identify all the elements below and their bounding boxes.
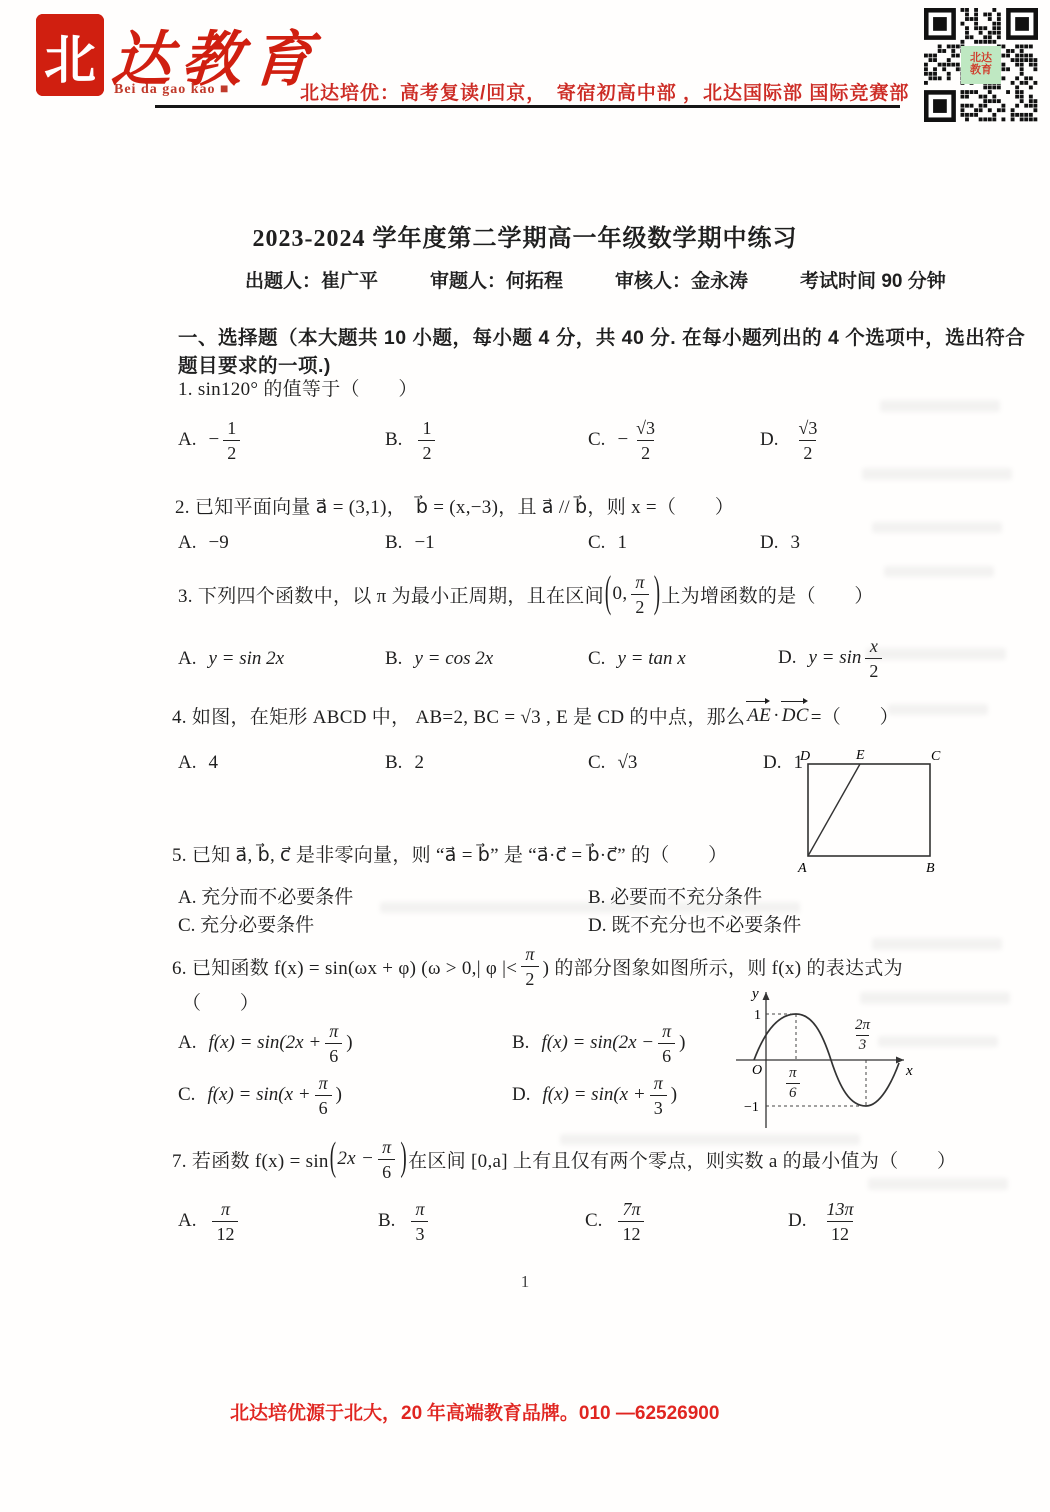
exam-page: 北 达教育 Bei da gao kao ■ 北达培优：高考复读/回京， 寄宿初… [0, 0, 1050, 1512]
page-title: 2023-2024 学年度第二学期高一年级数学期中练习 [0, 218, 1050, 253]
q6-tick1-den: 6 [786, 1083, 800, 1101]
q6-graph-ymin: −1 [744, 1100, 759, 1115]
q4-option-c-label: C. [588, 752, 605, 774]
q7-c-num: 7π [618, 1200, 644, 1221]
q7-close-paren: ) [400, 1136, 407, 1182]
q1-option-c: C. − √32 [588, 412, 663, 468]
q1-option-c-fraction: √32 [632, 419, 659, 462]
logo-subtitle-text: Bei da gao kao [114, 82, 216, 97]
q3-option-d-pre: y = sin [808, 647, 861, 669]
q7-d-den: 12 [827, 1221, 853, 1243]
exam-meta: 出题人：崔广平 审题人：何拓程 审核人：金永涛 考试时间 90 分钟 [245, 266, 946, 293]
q4-stem-pre: 4. 如图，在矩形 ABCD 中， AB=2, BC = √3 , E 是 CD… [172, 702, 745, 729]
meta-setter: 出题人：崔广平 [245, 266, 378, 293]
q4-vector-dc: DC [780, 705, 811, 727]
q6-stem-pre: 6. 已知函数 f(x) = sin(ωx + φ) (ω > 0,| φ |< [172, 953, 517, 980]
q2-option-c: C. 1 [588, 532, 627, 554]
q5-stem: 5. 已知 a⃗, b⃗, c⃗ 是非零向量，则 “a⃗ = b⃗” 是 “a⃗… [172, 840, 727, 867]
q7-b-den: 3 [411, 1221, 428, 1243]
q6-d-den: 3 [650, 1095, 667, 1117]
q7-option-a: A. π12 [178, 1192, 242, 1250]
q2-option-c-value: 1 [617, 532, 627, 554]
footer-text-2: 年高端教育品牌。 [422, 1403, 579, 1424]
bleed-smudge [868, 1178, 1008, 1190]
logo-seal-char: 北 [44, 18, 96, 93]
q5-option-d: D. 既不充分也不必要条件 [588, 910, 801, 937]
q7-inner: 2x − [337, 1148, 374, 1170]
bleed-smudge [872, 938, 1002, 950]
q7-b-num: π [411, 1200, 428, 1221]
q6-option-d-fraction: π3 [650, 1074, 667, 1117]
q3-option-c-value: y = tan x [617, 648, 685, 670]
q1-option-d: D. √32 [760, 412, 825, 468]
q4-option-a-label: A. [178, 752, 196, 774]
q7-frac-den: 6 [378, 1159, 395, 1181]
q1-option-b: B. 12 [385, 412, 439, 468]
q2-option-d-value: 3 [790, 532, 800, 554]
q7-fraction: π6 [378, 1138, 395, 1181]
q6-option-c-label: C. [178, 1084, 195, 1106]
q4-rectangle-figure: D E C A B [796, 748, 944, 876]
q3-option-d-label: D. [778, 647, 796, 669]
footer-slogan: 北达培优源于北大，20 年高端教育品牌。010 —62526900 [230, 1398, 719, 1425]
q6-c-den: 6 [315, 1095, 332, 1117]
q1-option-d-fraction: √32 [794, 419, 821, 462]
q2-option-a-value: −9 [208, 532, 228, 554]
q4-option-a-value: 4 [208, 752, 218, 774]
q1-b-den: 2 [418, 440, 435, 462]
q3-option-b: B. y = cos 2x [385, 648, 493, 670]
q6-option-b-label: B. [512, 1032, 529, 1054]
q7-option-a-fraction: π12 [212, 1200, 238, 1243]
q3-frac-den: 2 [631, 594, 648, 616]
footer-years: 20 [401, 1403, 422, 1424]
q6-option-b: B. f(x) = sin(2x − π6 ) [512, 1016, 686, 1070]
q3-open-paren: ( [605, 568, 612, 620]
q7-stem-post: 在区间 [0,a] 上有且仅有两个零点，则实数 a 的最小值为（ ） [408, 1146, 956, 1173]
q7-a-num: π [217, 1200, 234, 1221]
bleed-smudge [872, 522, 1002, 533]
q4-option-b-label: B. [385, 752, 402, 774]
q4-option-a: A. 4 [178, 752, 218, 774]
logo-subtitle: Bei da gao kao ■ [114, 82, 229, 98]
logo-subtitle-bullet: ■ [220, 82, 229, 97]
q3-option-a-value: y = sin 2x [208, 648, 284, 670]
qr-code: 北达 教育 [920, 8, 1042, 122]
q6-graph-ymax: 1 [754, 1008, 761, 1023]
q6-frac-den: 2 [521, 966, 538, 988]
meta-verifier: 审核人：金永涛 [615, 266, 748, 293]
q7-frac-num: π [378, 1138, 395, 1159]
q4-fig-label-a: A [797, 861, 807, 876]
q1-c-den: 2 [637, 440, 654, 462]
q6-frac-num: π [521, 945, 538, 966]
q3-stem: 3. 下列四个函数中，以 π 为最小正周期，且在区间 ( 0, π2 ) 上为增… [178, 564, 874, 624]
q7-option-c: C. 7π12 [585, 1192, 648, 1250]
q3-interval-left: 0, [613, 583, 628, 605]
q4-option-b: B. 2 [385, 752, 424, 774]
bleed-smudge [860, 992, 1010, 1004]
q4-fig-label-e: E [855, 748, 865, 763]
q6-stem-cont: （ ） [182, 988, 259, 1015]
q1-option-a-fraction: 12 [223, 419, 240, 462]
q6-option-d-label: D. [512, 1084, 530, 1106]
q6-sine-graph: y x O 1 −1 π 6 2π 3 [728, 982, 918, 1134]
q1-option-d-label: D. [760, 429, 778, 451]
meta-reviewer: 审题人：何拓程 [430, 266, 563, 293]
q7-option-c-fraction: 7π12 [618, 1200, 644, 1243]
bleed-smudge [380, 902, 800, 913]
q4-fig-label-c: C [931, 749, 941, 764]
q3-option-c: C. y = tan x [588, 648, 686, 670]
header-divider [155, 105, 900, 108]
q6-stem-post: ) 的部分图象如图所示，则 f(x) 的表达式为 [543, 953, 903, 980]
q6-b-den: 6 [658, 1043, 675, 1065]
q3-option-a-label: A. [178, 648, 196, 670]
q4-option-d-label: D. [763, 752, 781, 774]
q6-option-a-close: ) [346, 1032, 352, 1054]
bleed-smudge [862, 468, 1012, 480]
q4-option-c-value: √3 [617, 752, 637, 774]
q5-option-c: C. 充分必要条件 [178, 910, 314, 937]
q6-option-b-fraction: π6 [658, 1022, 675, 1065]
q7-option-d-fraction: 13π12 [822, 1200, 857, 1243]
q7-option-b-fraction: π3 [411, 1200, 428, 1243]
q1-a-num: 1 [223, 419, 240, 440]
q1-option-a: A. − 12 [178, 412, 244, 468]
bleed-smudge [866, 648, 1006, 660]
page-number: 1 [0, 1272, 1050, 1292]
q7-option-b-label: B. [378, 1210, 395, 1232]
q2-option-b-value: −1 [414, 532, 434, 554]
q1-option-c-label: C. [588, 429, 605, 451]
q2-option-a-label: A. [178, 532, 196, 554]
q7-option-b: B. π3 [378, 1192, 432, 1250]
q5-option-a: A. 充分而不必要条件 [178, 882, 353, 909]
bleed-smudge [888, 704, 988, 715]
q6-phi-fraction: π2 [521, 945, 538, 988]
bleed-smudge [560, 1134, 860, 1145]
q6-option-a-pre: f(x) = sin(2x + [208, 1032, 321, 1054]
q4-option-b-value: 2 [414, 752, 424, 774]
q6-graph-xlabel: x [905, 1063, 913, 1079]
q1-c-num: √3 [632, 419, 659, 440]
footer-phone: 010 —62526900 [579, 1403, 720, 1424]
q6-tick1-num: π [786, 1066, 800, 1083]
logo-seal: 北 [36, 14, 104, 96]
bleed-smudge [878, 1036, 998, 1047]
q6-option-a-fraction: π6 [325, 1022, 342, 1065]
q7-stem-pre: 7. 若函数 f(x) = sin [172, 1146, 329, 1173]
qr-center-line2: 教育 [970, 65, 992, 77]
meta-duration: 考试时间 90 分钟 [800, 266, 946, 293]
q6-option-c-fraction: π6 [315, 1074, 332, 1117]
q1-d-den: 2 [799, 440, 816, 462]
q3-option-c-label: C. [588, 648, 605, 670]
q1-option-b-fraction: 12 [418, 419, 435, 462]
q7-option-d-label: D. [788, 1210, 806, 1232]
q6-option-a-label: A. [178, 1032, 196, 1054]
q7-open-paren: ( [330, 1136, 337, 1182]
q6-option-c-pre: f(x) = sin(x + [207, 1084, 310, 1106]
q7-option-c-label: C. [585, 1210, 602, 1232]
q3-interval-fraction: π2 [631, 573, 648, 616]
q6-graph-origin: O [752, 1063, 762, 1078]
q4-fig-label-b: B [926, 861, 935, 876]
q2-option-b: B. −1 [385, 532, 435, 554]
q4-dot-operator: · [773, 705, 780, 727]
q3-d-den: 2 [865, 658, 882, 680]
q3-option-b-value: y = cos 2x [414, 648, 493, 670]
q4-option-c: C. √3 [588, 752, 637, 774]
q2-option-d: D. 3 [760, 532, 800, 554]
q1-d-num: √3 [794, 419, 821, 440]
bleed-smudge [880, 400, 1000, 412]
q6-graph-tick1: π 6 [786, 1066, 800, 1101]
q6-b-num: π [658, 1022, 675, 1043]
q3-option-a: A. y = sin 2x [178, 648, 284, 670]
q4-fig-label-d: D [799, 749, 810, 764]
q6-option-c: C. f(x) = sin(x + π6 ) [178, 1068, 342, 1122]
q2-option-c-label: C. [588, 532, 605, 554]
q6-graph-ylabel: y [750, 986, 759, 1002]
q6-c-num: π [315, 1074, 332, 1095]
q6-option-a: A. f(x) = sin(2x + π6 ) [178, 1016, 353, 1070]
q1-stem: 1. sin120° 的值等于（ ） [178, 374, 418, 401]
q1-b-num: 1 [418, 419, 435, 440]
q1-a-den: 2 [223, 440, 240, 462]
q2-option-a: A. −9 [178, 532, 229, 554]
q1-option-a-sign: − [208, 429, 219, 451]
q2-stem: 2. 已知平面向量 a⃗ = (3,1)， b⃗ = (x,−3)，且 a⃗ /… [175, 492, 734, 519]
q3-close-paren: ) [654, 568, 661, 620]
q6-option-c-close: ) [336, 1084, 342, 1106]
q3-stem-post: 上为增函数的是（ ） [661, 581, 873, 608]
footer-text-1: 北达培优源于北大， [230, 1403, 401, 1424]
q6-option-d-close: ) [671, 1084, 677, 1106]
q7-c-den: 12 [618, 1221, 644, 1243]
q4-stem: 4. 如图，在矩形 ABCD 中， AB=2, BC = √3 , E 是 CD… [172, 702, 899, 729]
q6-graph-tick2: 2π 3 [852, 1018, 873, 1053]
q2-option-b-label: B. [385, 532, 402, 554]
q1-option-b-label: B. [385, 429, 402, 451]
qr-center-label: 北达 教育 [961, 46, 1001, 84]
q6-a-den: 6 [325, 1043, 342, 1065]
q1-option-a-label: A. [178, 429, 196, 451]
q6-option-b-close: ) [679, 1032, 685, 1054]
q6-tick2-den: 3 [856, 1035, 870, 1053]
q6-option-d: D. f(x) = sin(x + π3 ) [512, 1068, 677, 1122]
q6-a-num: π [325, 1022, 342, 1043]
q7-a-den: 12 [212, 1221, 238, 1243]
section-header-line1: 一、选择题（本大题共 10 小题，每小题 4 分，共 40 分. 在每小题列出的… [178, 322, 1025, 350]
q3-stem-pre: 3. 下列四个函数中，以 π 为最小正周期，且在区间 [178, 581, 604, 608]
q6-d-num: π [650, 1074, 667, 1095]
q6-option-d-pre: f(x) = sin(x + [542, 1084, 645, 1106]
q3-option-b-label: B. [385, 648, 402, 670]
q4-vector-ae: AE [745, 705, 773, 727]
q2-option-d-label: D. [760, 532, 778, 554]
q1-option-c-sign: − [617, 429, 628, 451]
header-tagline: 北达培优：高考复读/回京， 寄宿初高中部 ，北达国际部 国际竞赛部 [300, 78, 909, 105]
q7-option-d: D. 13π12 [788, 1192, 862, 1250]
q7-d-num: 13π [822, 1200, 857, 1221]
q7-option-a-label: A. [178, 1210, 196, 1232]
q6-tick2-num: 2π [852, 1018, 873, 1035]
q6-option-b-pre: f(x) = sin(2x − [541, 1032, 654, 1054]
bleed-smudge [884, 566, 994, 577]
q4-stem-post: =（ ） [811, 702, 899, 729]
q3-frac-num: π [631, 573, 648, 594]
